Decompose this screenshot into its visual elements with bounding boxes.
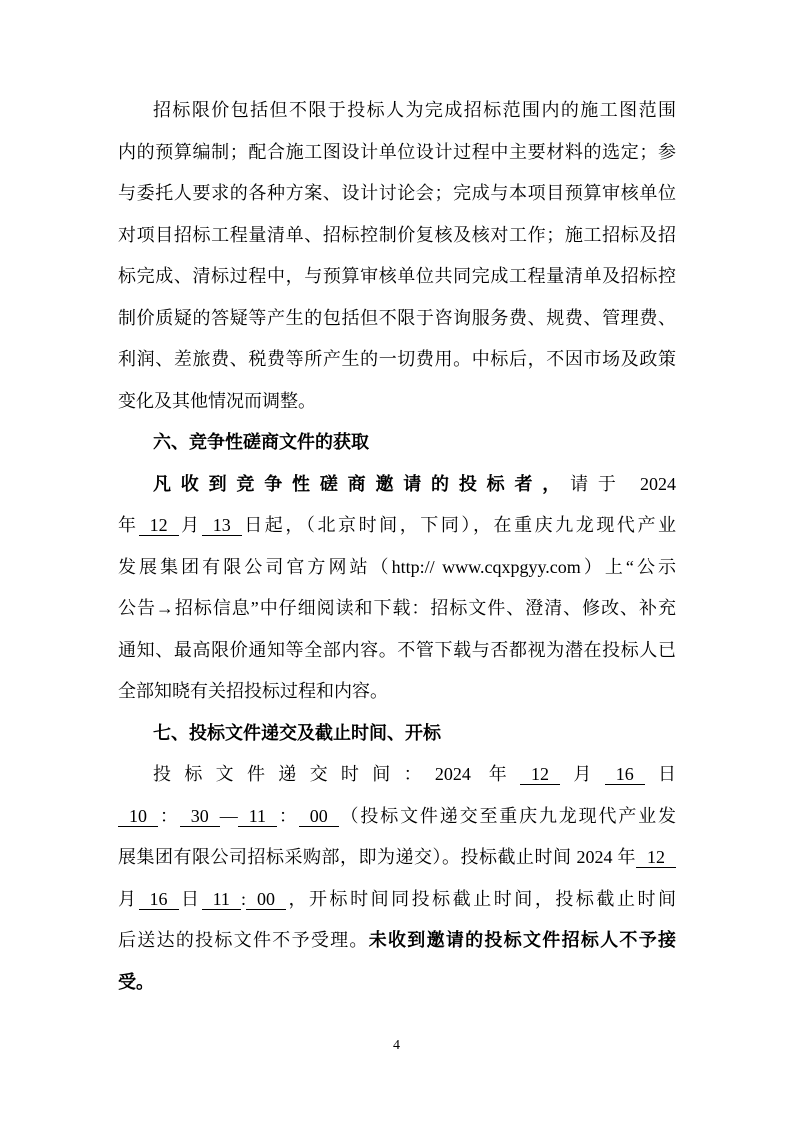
text-segment: 月 — [179, 515, 202, 535]
fill-in-blank: 12 — [520, 764, 560, 785]
fill-in-blank: 30 — [180, 806, 220, 827]
text-segment: 请于 2024 — [570, 474, 676, 494]
fill-in-blank: 16 — [605, 764, 645, 785]
text-line: 六、竞争性磋商文件的获取 — [118, 422, 676, 464]
page-number: 4 — [393, 1038, 400, 1053]
text-segment: 月 — [560, 764, 605, 784]
text-segment: 投标文件递交时间：2024 年 — [153, 764, 520, 784]
heading-section-7: 七、投标文件递交及截止时间、开标 — [118, 713, 676, 755]
text-segment: 月 — [118, 889, 139, 909]
text-line: 投标文件递交时间：2024 年12月16日 — [118, 754, 676, 796]
text-segment: 内的预算编制；配合施工图设计单位设计过程中主要材料的选定；参 — [118, 142, 676, 162]
text-segment: 日 — [645, 764, 676, 784]
fill-in-blank: 13 — [202, 515, 242, 536]
page-footer: 4 — [0, 1036, 793, 1056]
text-line: 变化及其他情况而调整。 — [118, 381, 676, 423]
text-segment: ，开标时间同投标截止时间，投标截止时间 — [286, 889, 676, 909]
text-segment: 制价质疑的答疑等产生的包括但不限于咨询服务费、规费、管理费、 — [118, 308, 676, 328]
text-segment: ： — [277, 806, 299, 826]
fill-in-blank: 10 — [118, 806, 158, 827]
text-segment: — — [220, 806, 238, 826]
text-segment: 日起，（北京时间，下同），在重庆九龙现代产业 — [242, 515, 676, 535]
paragraph-tender-limit-price: 招标限价包括但不限于投标人为完成招标范围内的施工图范围内的预算编制；配合施工图设… — [118, 90, 676, 422]
emphasis-text: 七、投标文件递交及截止时间、开标 — [153, 723, 441, 743]
text-segment: 发展集团有限公司官方网站（http:// www.cqxpgyy.com）上“公… — [118, 557, 676, 577]
text-line: 公告→招标信息”中仔细阅读和下载：招标文件、澄清、修改、补充 — [118, 588, 676, 630]
text-segment: 对项目招标工程量清单、招标控制价复核及核对工作；施工招标及招 — [118, 225, 676, 245]
text-line: 与委托人要求的各种方案、设计讨论会；完成与本项目预算审核单位 — [118, 173, 676, 215]
fill-in-blank: 12 — [139, 515, 179, 536]
paragraph-document-acquisition: 凡收到竞争性磋商邀请的投标者，请于 2024年12月13日起，（北京时间，下同）… — [118, 464, 676, 713]
text-line: 年12月13日起，（北京时间，下同），在重庆九龙现代产业 — [118, 505, 676, 547]
text-segment: 利润、差旅费、税费等所产生的一切费用。中标后，不因市场及政策 — [118, 349, 676, 369]
text-line: 七、投标文件递交及截止时间、开标 — [118, 713, 676, 755]
text-line: 凡收到竞争性磋商邀请的投标者，请于 2024 — [118, 464, 676, 506]
text-segment: 日 — [179, 889, 202, 909]
text-segment: 与委托人要求的各种方案、设计讨论会；完成与本项目预算审核单位 — [118, 183, 676, 203]
text-line: 招标限价包括但不限于投标人为完成招标范围内的施工图范围 — [118, 90, 676, 132]
text-line: 标完成、清标过程中，与预算审核单位共同完成工程量清单及招标控 — [118, 256, 676, 298]
text-segment: 全部知晓有关招投标过程和内容。 — [118, 681, 388, 701]
fill-in-blank: 11 — [202, 889, 241, 910]
text-segment: （投标文件递交至重庆九龙现代产业发 — [339, 806, 676, 826]
fill-in-blank: 00 — [246, 889, 286, 910]
text-line: 利润、差旅费、税费等所产生的一切费用。中标后，不因市场及政策 — [118, 339, 676, 381]
text-line: 展集团有限公司招标采购部，即为递交）。投标截止时间 2024 年12 — [118, 837, 676, 879]
text-segment: 公告→招标信息”中仔细阅读和下载：招标文件、澄清、修改、补充 — [118, 598, 676, 618]
text-line: 10：30—11：00（投标文件递交至重庆九龙现代产业发 — [118, 796, 676, 838]
text-line: 月16日11:00，开标时间同投标截止时间，投标截止时间 — [118, 879, 676, 921]
emphasis-text: 凡收到竞争性磋商邀请的投标者， — [153, 474, 570, 494]
text-line: 通知、最高限价通知等全部内容。不管下载与否都视为潜在投标人已 — [118, 630, 676, 672]
fill-in-blank: 16 — [139, 889, 179, 910]
text-segment: 展集团有限公司招标采购部，即为递交）。投标截止时间 2024 年 — [118, 847, 636, 867]
text-segment: 后送达的投标文件不予受理。 — [118, 930, 369, 950]
text-segment: ： — [158, 806, 180, 826]
emphasis-text: 未收到邀请的投标文件招标人不予接 — [369, 930, 676, 950]
text-segment: 标完成、清标过程中，与预算审核单位共同完成工程量清单及招标控 — [118, 266, 676, 286]
text-line: 对项目招标工程量清单、招标控制价复核及核对工作；施工招标及招 — [118, 215, 676, 257]
text-line: 受。 — [118, 962, 676, 1004]
paragraph-submission-deadline: 投标文件递交时间：2024 年12月16日10：30—11：00（投标文件递交至… — [118, 754, 676, 1003]
fill-in-blank: 12 — [636, 847, 676, 868]
emphasis-text: 受。 — [118, 972, 154, 992]
heading-section-6: 六、竞争性磋商文件的获取 — [118, 422, 676, 464]
text-line: 全部知晓有关招投标过程和内容。 — [118, 671, 676, 713]
text-segment: 通知、最高限价通知等全部内容。不管下载与否都视为潜在投标人已 — [118, 640, 676, 660]
document-page: 招标限价包括但不限于投标人为完成招标范围内的施工图范围内的预算编制；配合施工图设… — [0, 0, 793, 1122]
text-segment: 变化及其他情况而调整。 — [118, 391, 316, 411]
document-body: 招标限价包括但不限于投标人为完成招标范围内的施工图范围内的预算编制；配合施工图设… — [118, 90, 676, 1003]
text-segment: 招标限价包括但不限于投标人为完成招标范围内的施工图范围 — [153, 100, 676, 120]
fill-in-blank: 00 — [299, 806, 339, 827]
emphasis-text: 六、竞争性磋商文件的获取 — [153, 432, 369, 452]
text-segment: 年 — [118, 515, 139, 535]
fill-in-blank: 11 — [238, 806, 277, 827]
text-line: 发展集团有限公司官方网站（http:// www.cqxpgyy.com）上“公… — [118, 547, 676, 589]
text-line: 内的预算编制；配合施工图设计单位设计过程中主要材料的选定；参 — [118, 132, 676, 174]
text-line: 制价质疑的答疑等产生的包括但不限于咨询服务费、规费、管理费、 — [118, 298, 676, 340]
text-line: 后送达的投标文件不予受理。未收到邀请的投标文件招标人不予接 — [118, 920, 676, 962]
